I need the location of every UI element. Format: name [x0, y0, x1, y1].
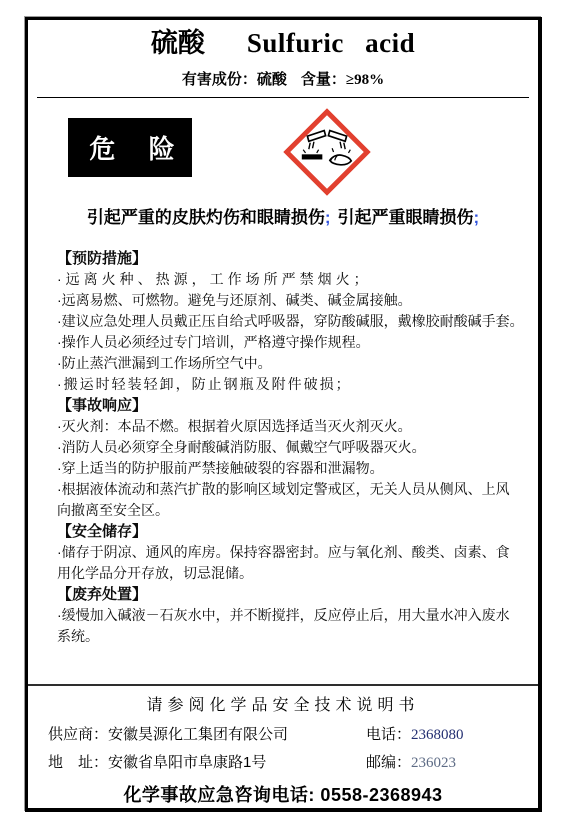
section-line: ·搬运时轻装轻卸，防止钢瓶及附件破损； [57, 374, 539, 395]
zip-label: 邮编： [366, 754, 411, 771]
signal-word-text: 危 险 [85, 129, 174, 166]
page-title: 硫酸 Sulfuric acid [28, 28, 538, 58]
section-line: ·建议应急处理人员戴正压自给式呼吸器，穿防酸碱服，戴橡胶耐酸碱手套。 [57, 311, 539, 332]
section-line: ·远离火种、热源，工作场所严禁烟火； [57, 269, 539, 290]
hazard-part2: 引起严重眼睛损伤 [338, 208, 474, 227]
emergency-phone-line: 化学事故应急咨询电话: 0558-2368943 [28, 781, 538, 807]
content-value: ≥98% [346, 72, 384, 88]
zip-field: 邮编：236023 [366, 751, 456, 772]
product-name-zh: 硫酸 [151, 28, 205, 58]
section-line: ·操作人员必须经过专门培训，严格遵守操作规程。 [57, 332, 539, 353]
signal-word-danger: 危 险 [68, 118, 192, 177]
composition-substance: 硫酸 [257, 71, 287, 88]
phone-label: 电话： [366, 726, 411, 743]
supplier-value: 安徽昊源化工集团有限公司 [108, 726, 288, 743]
supplier-label: 供应商： [48, 726, 108, 743]
section-line: ·穿上适当的防护服前严禁接触破裂的容器和泄漏物。 [57, 458, 539, 479]
section-line: 用化学品分开存放，切忌混储。 [57, 563, 539, 584]
section-heading-prevention: 【预防措施】 [57, 248, 539, 269]
hazard-part1: 引起严重的皮肤灼伤和眼睛损伤 [87, 208, 325, 227]
hazard-separator2: ; [474, 208, 480, 227]
zip-value: 236023 [411, 755, 456, 771]
section-line: 向撤离至安全区。 [57, 500, 539, 521]
phone-value: 2368080 [411, 727, 464, 743]
section-line: ·储存于阴凉、通风的库房。保持容器密封。应与氧化剂、酸类、卤素、食 [57, 542, 539, 563]
section-line: ·根据液体流动和蒸汽扩散的影响区域划定警戒区，无关人员从侧风、上风 [57, 479, 539, 500]
section-heading-response: 【事故响应】 [57, 395, 539, 416]
section-line: ·消防人员必须穿全身耐酸碱消防服、佩戴空气呼吸器灭火。 [57, 437, 539, 458]
hazard-separator1: ; [325, 208, 331, 227]
composition-line: 有害成份：硫酸含量：≥98% [28, 68, 538, 89]
chemical-safety-label: 硫酸 Sulfuric acid 有害成份：硫酸含量：≥98% 危 险 [25, 17, 542, 812]
hazard-statement: 引起严重的皮肤灼伤和眼睛损伤;引起严重眼睛损伤; [28, 203, 538, 228]
address-row: 地 址：安徽省阜阳市阜康路1号 邮编：236023 [48, 751, 522, 771]
section-line: ·灭火剂：本品不燃。根据着火原因选择适当灭火剂灭火。 [57, 416, 539, 437]
phone-field: 电话：2368080 [366, 723, 464, 744]
msds-note: 请参阅化学品安全技术说明书 [28, 692, 538, 715]
section-line: ·防止蒸汽泄漏到工作场所空气中。 [57, 353, 539, 374]
product-name-en: Sulfuric acid [247, 28, 415, 58]
section-line: 系统。 [57, 626, 539, 647]
address-label: 地 址： [48, 754, 108, 771]
content-label: 含量： [301, 71, 346, 88]
footer-divider [28, 684, 538, 686]
header-divider [37, 97, 529, 98]
corrosion-pictogram [299, 124, 355, 180]
section-line: ·缓慢加入碱液－石灰水中，并不断搅拌，反应停止后，用大量水冲入废水 [57, 605, 539, 626]
page: { "header": { "product_name_zh": "硫酸", "… [0, 0, 567, 832]
sections-body: 【预防措施】 ·远离火种、热源，工作场所严禁烟火； ·远离易燃、可燃物。避免与还… [57, 248, 539, 647]
section-line: ·远离易燃、可燃物。避免与还原剂、碱类、碱金属接触。 [57, 290, 539, 311]
composition-label: 有害成份： [182, 71, 257, 88]
address-value: 安徽省阜阳市阜康路1号 [108, 754, 266, 771]
ghs05-corrosion-icon [283, 108, 371, 196]
corrosion-pictogram-svg [299, 124, 355, 180]
section-heading-disposal: 【废弃处置】 [57, 584, 539, 605]
supplier-row: 供应商：安徽昊源化工集团有限公司 电话：2368080 [48, 723, 522, 743]
section-heading-storage: 【安全储存】 [57, 521, 539, 542]
